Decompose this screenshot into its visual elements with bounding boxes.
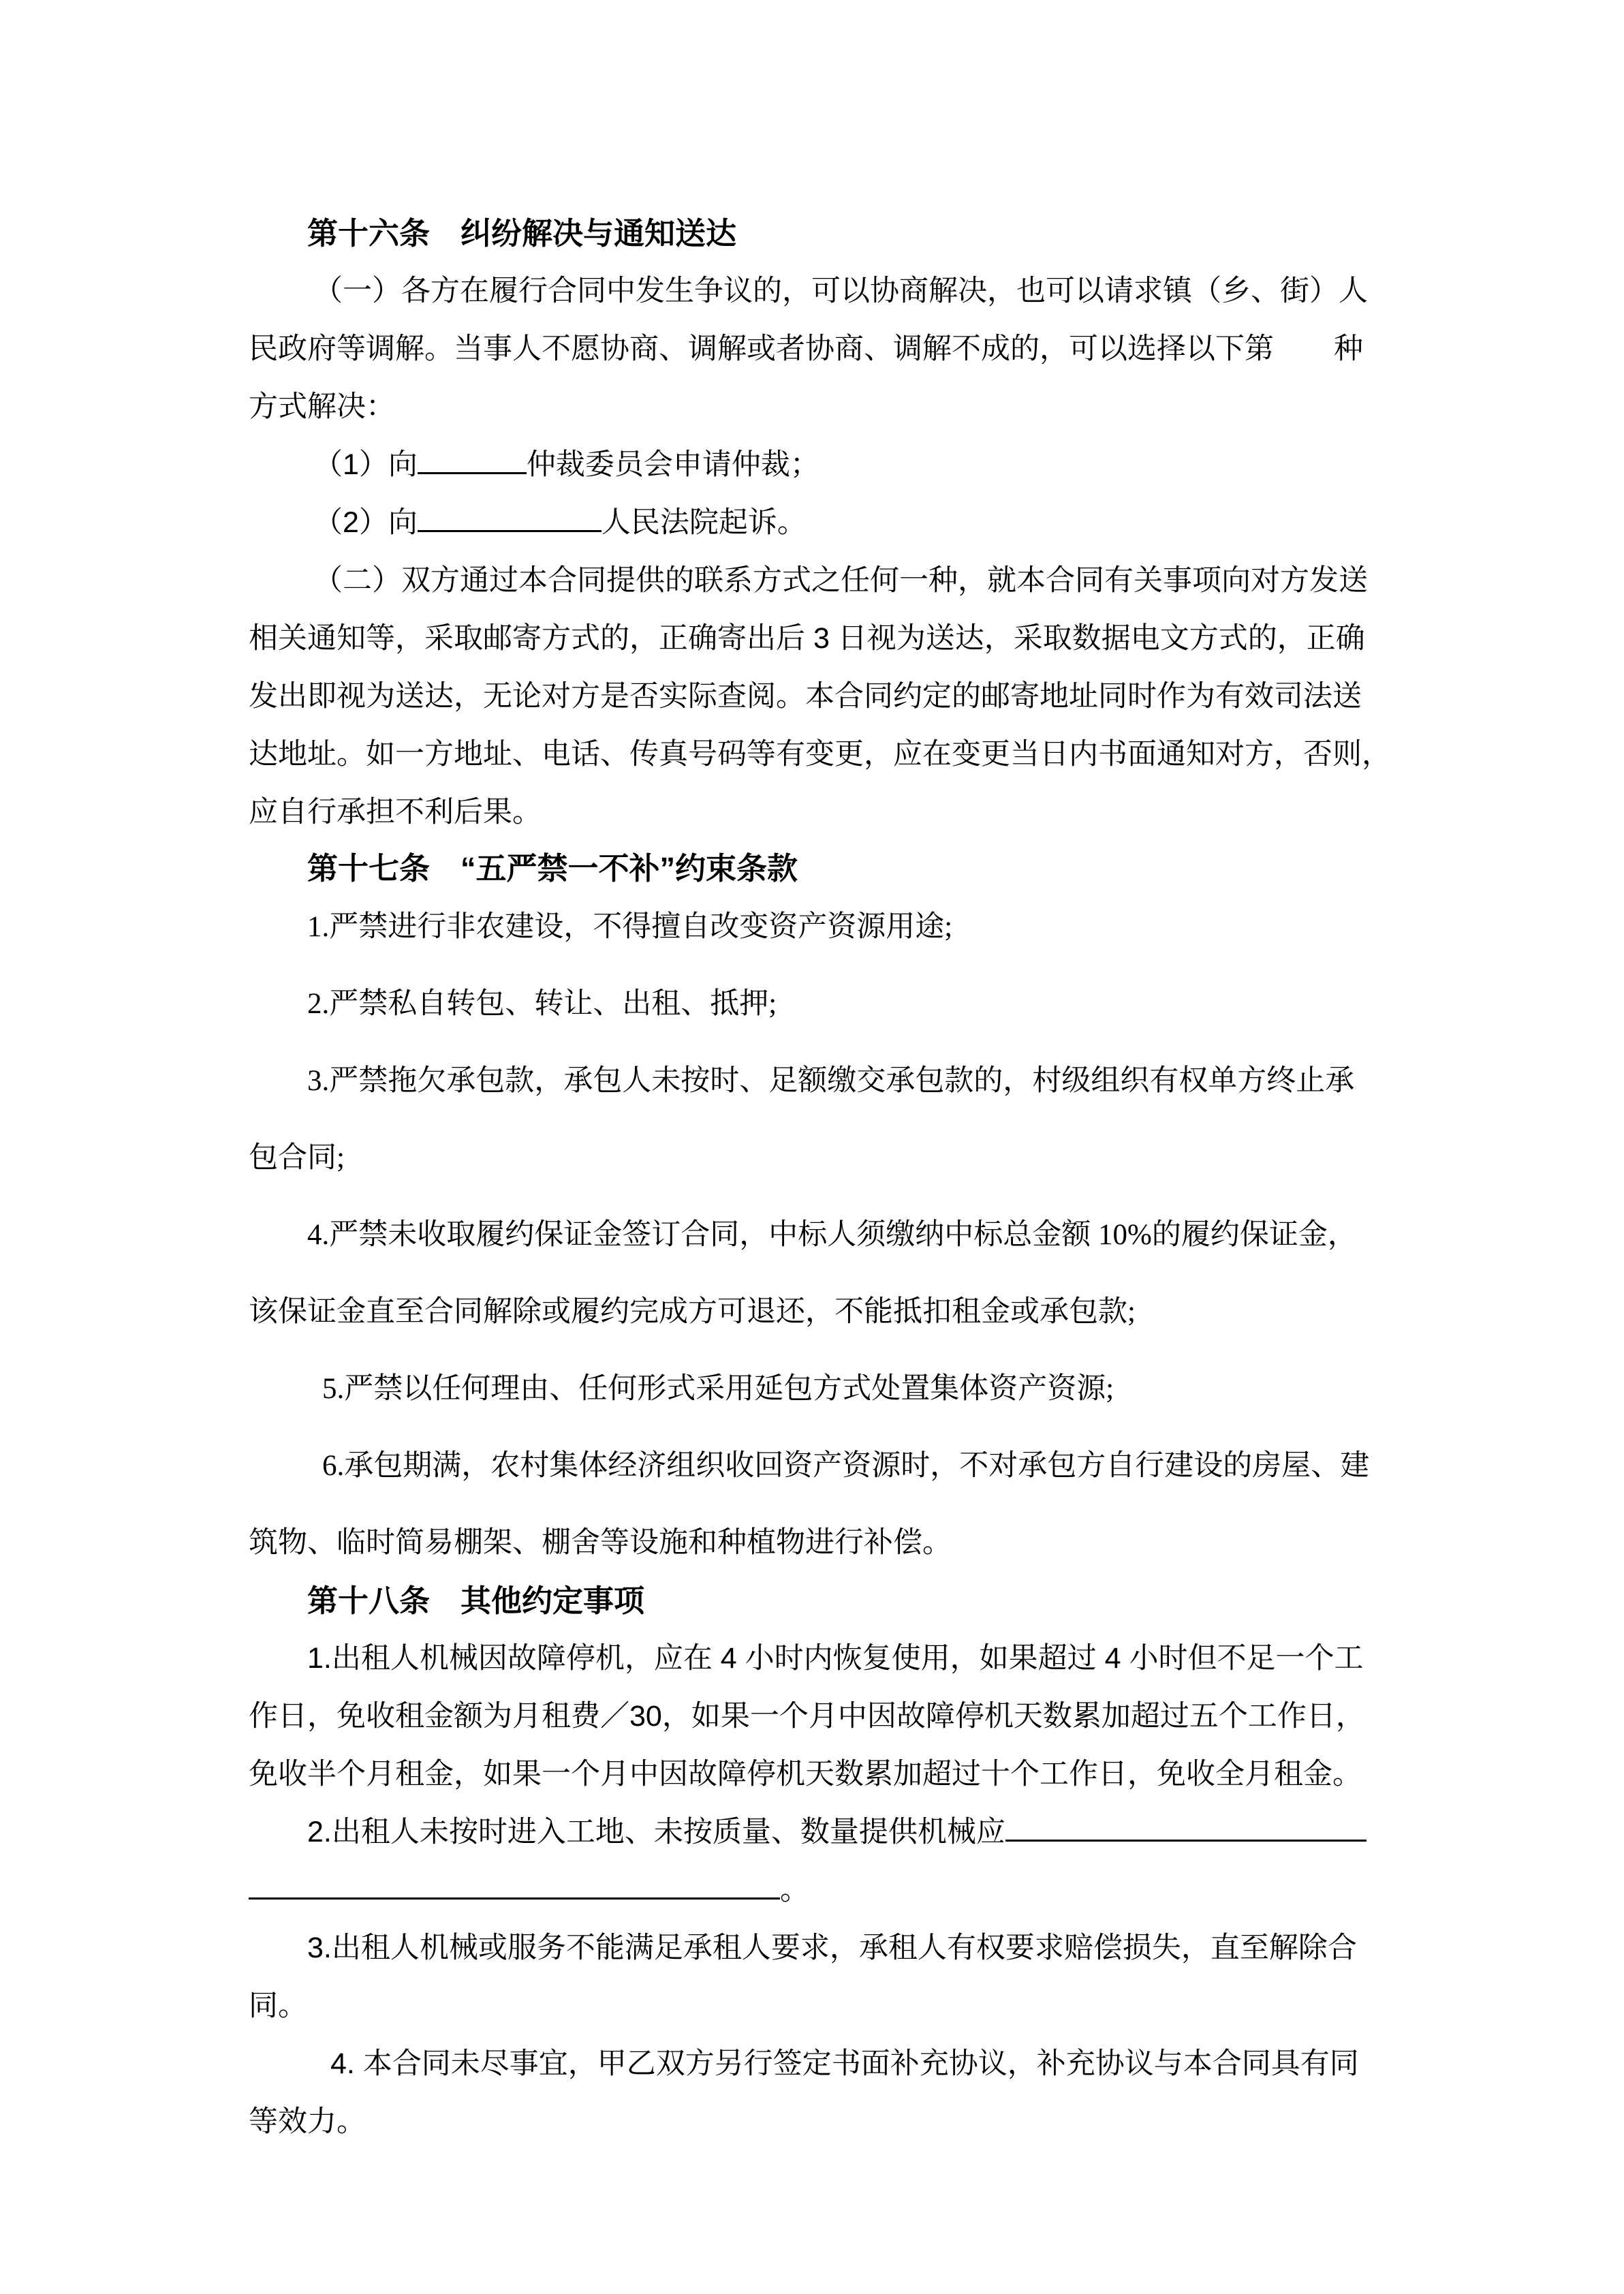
article-16-para2-line5: 应自行承担不利后果。 — [249, 784, 1393, 841]
item2-pre: 2.出租人未按时进入工地、未按质量、数量提供机械应 — [307, 1816, 1005, 1848]
article-16-section: 第十六条 纠纷解决与通知送达 （一）各方在履行合同中发生争议的，可以协商解决，也… — [249, 204, 1393, 841]
prohibition-item-3-line2: 包合同; — [249, 1119, 1393, 1196]
blank-underline-item2-a — [1005, 1812, 1367, 1842]
article-16-para1-line1: （一）各方在履行合同中发生争议的，可以协商解决，也可以请求镇（乡、街）人 — [249, 262, 1393, 320]
article-18-item1-line3: 免收半个月租金，如果一个月中因故障停机天数累加超过十个工作日，免收全月租金。 — [249, 1746, 1393, 1803]
prohibition-item-5: 5.严禁以任何理由、任何形式采用延包方式处置集体资产资源; — [249, 1350, 1393, 1427]
para1-line2-text: 民政府等调解。当事人不愿协商、调解或者协商、调解不成的，可以选择以下第 — [249, 332, 1274, 365]
para1-line2-tail: 种 — [1334, 332, 1363, 365]
article-18-section: 第十八条 其他约定事项 1.出租人机械因故障停机，应在 4 小时内恢复使用，如果… — [249, 1572, 1393, 2151]
article-18-item2-line1: 2.出租人未按时进入工地、未按质量、数量提供机械应 — [249, 1803, 1393, 1861]
prohibition-item-1: 1.严禁进行非农建设，不得擅自改变资产资源用途; — [249, 888, 1393, 965]
article-18-item3-line2: 同。 — [249, 1977, 1393, 2035]
blank-underline-court — [418, 503, 602, 532]
prohibition-item-6-line1: 6.承包期满，农村集体经济组织收回资产资源时，不对承包方自行建设的房屋、建 — [249, 1427, 1393, 1504]
article-16-heading: 第十六条 纠纷解决与通知送达 — [249, 204, 1393, 262]
arbitration-option-line: （1）向仲裁委员会申请仲裁； — [249, 436, 1393, 494]
article-18-heading: 第十八条 其他约定事项 — [249, 1572, 1393, 1630]
prohibition-item-6-line2: 筑物、临时简易棚架、棚舍等设施和种植物进行补偿。 — [249, 1504, 1393, 1581]
article-17-items-section: 1.严禁进行非农建设，不得擅自改变资产资源用途; 2.严禁私自转包、转让、出租、… — [249, 888, 1393, 1581]
prohibition-item-4-line1: 4.严禁未收取履约保证金签订合同，中标人须缴纳中标总金额 10%的履约保证金， — [249, 1196, 1393, 1273]
article-18-item4-line2: 等效力。 — [249, 2093, 1393, 2151]
article-16-para1-line2: 民政府等调解。当事人不愿协商、调解或者协商、调解不成的，可以选择以下第种 — [249, 320, 1393, 378]
prohibition-item-3-line1: 3.严禁拖欠承包款，承包人未按时、足额缴交承包款的，村级组织有权单方终止承 — [249, 1042, 1393, 1119]
court-option-line: （2）向人民法院起诉。 — [249, 494, 1393, 552]
article-18-item3-line1: 3.出租人机械或服务不能满足承租人要求，承租人有权要求赔偿损失，直至解除合 — [249, 1919, 1393, 1977]
blank-underline-item2-b — [249, 1870, 780, 1900]
court-pre: （2）向 — [313, 506, 418, 539]
court-post: 人民法院起诉。 — [602, 506, 807, 539]
blank-underline-arbitration — [418, 445, 527, 474]
arbitration-pre: （1）向 — [313, 448, 418, 481]
article-18-item1-line1: 1.出租人机械因故障停机，应在 4 小时内恢复使用，如果超过 4 小时但不足一个… — [249, 1630, 1393, 1688]
arbitration-post: 仲裁委员会申请仲裁； — [527, 448, 819, 481]
article-18-item1-line2: 作日，免收租金额为月租费／30，如果一个月中因故障停机天数累加超过五个工作日， — [249, 1688, 1393, 1746]
article-18-item4-line1: 4. 本合同未尽事宜，甲乙双方另行签定书面补充协议，补充协议与本合同具有同 — [249, 2035, 1393, 2093]
item2-post: 。 — [780, 1874, 809, 1906]
article-18-item2-line2: 。 — [249, 1861, 1393, 1919]
article-16-para2-line4: 达地址。如一方地址、电话、传真号码等有变更，应在变更当日内书面通知对方，否则， — [249, 726, 1393, 784]
article-16-para2-line1: （二）双方通过本合同提供的联系方式之任何一种，就本合同有关事项向对方发送 — [249, 552, 1393, 610]
prohibition-item-4-line2: 该保证金直至合同解除或履约完成方可退还，不能抵扣租金或承包款; — [249, 1273, 1393, 1350]
document-page: { "page": { "background": "#ffffff", "te… — [0, 0, 1624, 2294]
article-16-para2-line3: 发出即视为送达，无论对方是否实际查阅。本合同约定的邮寄地址同时作为有效司法送 — [249, 668, 1393, 726]
prohibition-item-2: 2.严禁私自转包、转让、出租、抵押; — [249, 965, 1393, 1042]
article-16-para1-line3: 方式解决： — [249, 378, 1393, 436]
article-16-para2-line2: 相关通知等，采取邮寄方式的，正确寄出后 3 日视为送达，采取数据电文方式的，正确 — [249, 610, 1393, 668]
